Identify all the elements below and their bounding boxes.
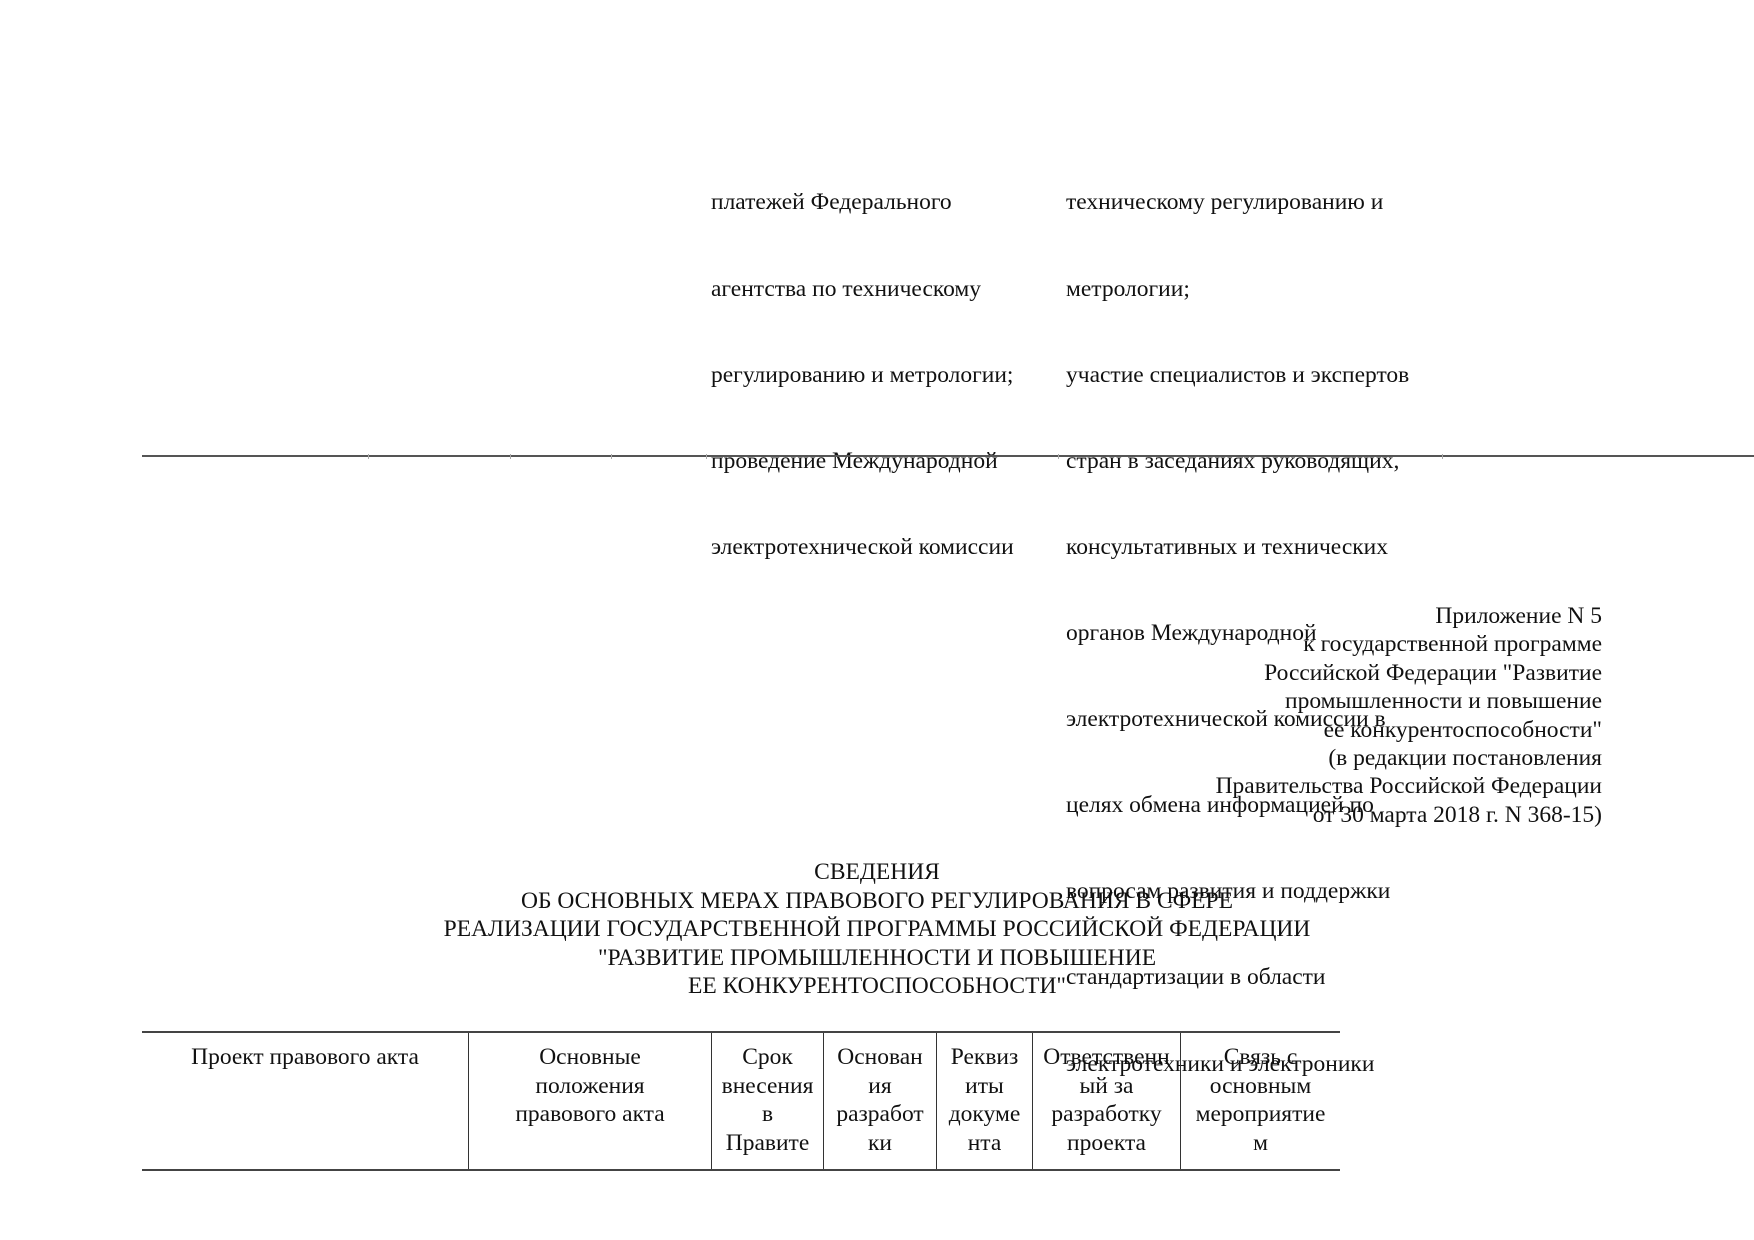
header-line: м bbox=[1183, 1129, 1338, 1158]
header-line: ый за bbox=[1035, 1072, 1178, 1101]
appendix-line: Приложение N 5 bbox=[1216, 602, 1602, 630]
text-line: агентства по техническому bbox=[711, 275, 1014, 304]
column-tick bbox=[368, 454, 369, 459]
header-line: иты bbox=[939, 1072, 1030, 1101]
appendix-header: Приложение N 5 к государственной програм… bbox=[1216, 602, 1602, 829]
header-line: Ответственн bbox=[1035, 1043, 1178, 1072]
header-development-grounds: Основан ия разработ ки bbox=[824, 1032, 937, 1170]
header-line: Основан bbox=[826, 1043, 934, 1072]
title-line: РЕАЛИЗАЦИИ ГОСУДАРСТВЕННОЙ ПРОГРАММЫ РОС… bbox=[377, 915, 1377, 944]
header-link-to-measure: Связь с основным мероприятие м bbox=[1181, 1032, 1341, 1170]
appendix-line: (в редакции постановления bbox=[1216, 744, 1602, 772]
header-line: ки bbox=[826, 1129, 934, 1158]
legal-measures-table: Проект правового акта Основные положения… bbox=[142, 1031, 1340, 1171]
appendix-line: Российской Федерации "Развитие bbox=[1216, 659, 1602, 687]
header-line: докуме bbox=[939, 1100, 1030, 1129]
text-line: электротехнической комиссии bbox=[711, 533, 1014, 562]
header-line: внесения bbox=[714, 1072, 821, 1101]
appendix-line: от 30 марта 2018 г. N 368-15) bbox=[1216, 801, 1602, 829]
text-line: метрологии; bbox=[1066, 275, 1409, 304]
text-line: техническому регулированию и bbox=[1066, 188, 1409, 217]
header-responsible: Ответственн ый за разработку проекта bbox=[1033, 1032, 1181, 1170]
header-document-details: Реквиз иты докуме нта bbox=[937, 1032, 1033, 1170]
title-line: ОБ ОСНОВНЫХ МЕРАХ ПРАВОВОГО РЕГУЛИРОВАНИ… bbox=[377, 887, 1377, 916]
header-draft-act: Проект правового акта bbox=[142, 1032, 469, 1170]
table-header-row: Проект правового акта Основные положения… bbox=[142, 1032, 1340, 1170]
header-line: в bbox=[714, 1100, 821, 1129]
text-line: участие специалистов и экспертов bbox=[1066, 361, 1409, 390]
text-line: регулированию и метрологии; bbox=[711, 361, 1014, 390]
header-line: разработку bbox=[1035, 1100, 1178, 1129]
header-line: Связь с bbox=[1183, 1043, 1338, 1072]
title-line: "РАЗВИТИЕ ПРОМЫШЛЕННОСТИ И ПОВЫШЕНИЕ bbox=[377, 944, 1377, 973]
appendix-line: ее конкурентоспособности" bbox=[1216, 716, 1602, 744]
header-line: разработ bbox=[826, 1100, 934, 1129]
appendix-line: к государственной программе bbox=[1216, 630, 1602, 658]
table-bottom-rule bbox=[142, 455, 1754, 457]
column-tick bbox=[1058, 454, 1059, 459]
header-main-provisions: Основные положения правового акта bbox=[469, 1032, 712, 1170]
header-line: положения bbox=[471, 1072, 709, 1101]
header-line: Реквиз bbox=[939, 1043, 1030, 1072]
text-line: стран в заседаниях руководящих, bbox=[1066, 447, 1409, 476]
header-line: Проект правового акта bbox=[144, 1043, 466, 1072]
title-line: ЕЕ КОНКУРЕНТОСПОСОБНОСТИ" bbox=[377, 972, 1377, 1001]
document-title: СВЕДЕНИЯ ОБ ОСНОВНЫХ МЕРАХ ПРАВОВОГО РЕГ… bbox=[377, 858, 1377, 1001]
text-line: платежей Федерального bbox=[711, 188, 1014, 217]
column-tick bbox=[706, 454, 707, 459]
title-line: СВЕДЕНИЯ bbox=[377, 858, 1377, 887]
appendix-line: промышленности и повышение bbox=[1216, 687, 1602, 715]
column-tick bbox=[611, 454, 612, 459]
header-line: Основные bbox=[471, 1043, 709, 1072]
header-line: проекта bbox=[1035, 1129, 1178, 1158]
header-line: нта bbox=[939, 1129, 1030, 1158]
header-line: основным bbox=[1183, 1072, 1338, 1101]
header-line: мероприятие bbox=[1183, 1100, 1338, 1129]
header-line: Правите bbox=[714, 1129, 821, 1158]
column-tick bbox=[510, 454, 511, 459]
header-line: правового акта bbox=[471, 1100, 709, 1129]
previous-table-column-1: платежей Федерального агентства по техни… bbox=[711, 131, 1014, 590]
column-tick bbox=[1442, 454, 1443, 459]
text-line: проведение Международной bbox=[711, 447, 1014, 476]
header-submission-deadline: Срок внесения в Правите bbox=[712, 1032, 824, 1170]
text-line: консультативных и технических bbox=[1066, 533, 1409, 562]
header-line: Срок bbox=[714, 1043, 821, 1072]
appendix-line: Правительства Российской Федерации bbox=[1216, 772, 1602, 800]
header-line: ия bbox=[826, 1072, 934, 1101]
